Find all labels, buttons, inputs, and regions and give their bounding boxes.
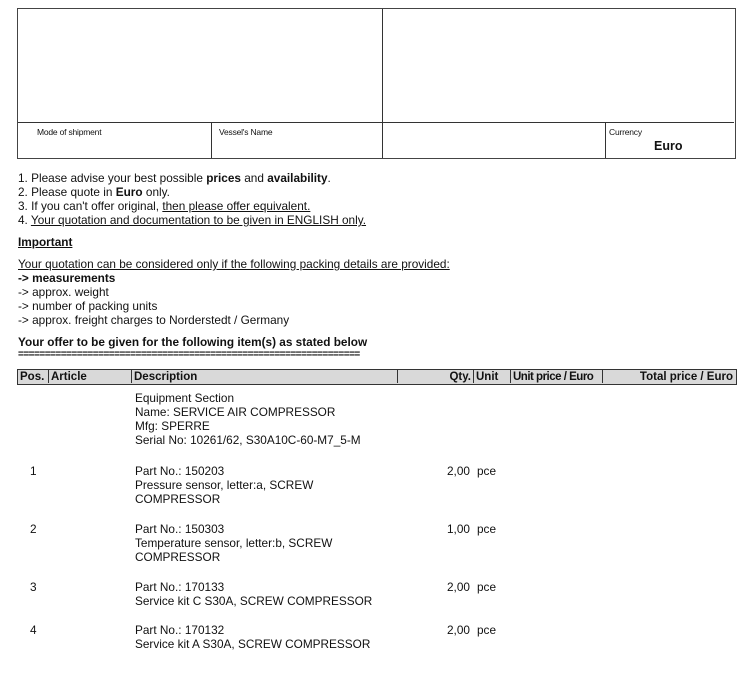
row-description: Pressure sensor, letter:a, SCREW	[135, 478, 313, 492]
divider	[382, 9, 383, 158]
important-heading: Important	[18, 235, 72, 249]
text: Euro	[116, 185, 143, 199]
text: 4.	[18, 213, 31, 227]
row-description: Part No.: 150303	[135, 522, 224, 536]
packing-item: -> approx. freight charges to Nordersted…	[18, 313, 289, 327]
row-description: COMPRESSOR	[135, 492, 220, 506]
text: availability	[267, 171, 327, 185]
row-pos: 1	[30, 464, 37, 478]
text: Mfg: SPERRE	[135, 419, 210, 433]
row-description: Service kit A S30A, SCREW COMPRESSOR	[135, 637, 370, 651]
vessel-name-label: Vessel's Name	[219, 127, 272, 137]
divider	[211, 122, 212, 158]
row-pos: 4	[30, 623, 37, 637]
row-pos: 2	[30, 522, 37, 536]
row-qty: 2,00	[447, 623, 470, 637]
table-header: Pos. Article Description Qty. Unit Unit …	[17, 369, 737, 385]
col-description: Description	[132, 370, 398, 383]
packing-item: -> measurements	[18, 271, 115, 285]
packing-intro: Your quotation can be considered only if…	[18, 257, 450, 271]
row-unit: pce	[477, 623, 496, 637]
col-unit-price: Unit price / Euro	[511, 370, 603, 383]
text: Name: SERVICE AIR COMPRESSOR	[135, 405, 335, 419]
row-description: COMPRESSOR	[135, 550, 220, 564]
text: Serial No: 10261/62, S30A10C-60-M7_5-M	[135, 433, 361, 447]
instruction-2: 2. Please quote in Euro only.	[18, 185, 170, 199]
row-description: Part No.: 170132	[135, 623, 224, 637]
row-description: Temperature sensor, letter:b, SCREW	[135, 536, 332, 550]
col-qty: Qty.	[398, 370, 474, 383]
text: .	[328, 171, 331, 185]
col-article: Article	[49, 370, 132, 383]
text: 3. If you can't offer original,	[18, 199, 162, 213]
text: and	[241, 171, 267, 185]
text: then please offer equivalent.	[162, 199, 310, 213]
row-qty: 2,00	[447, 580, 470, 594]
row-unit: pce	[477, 464, 496, 478]
col-pos: Pos.	[18, 370, 49, 383]
offer-heading: Your offer to be given for the following…	[18, 335, 367, 349]
row-description: Part No.: 150203	[135, 464, 224, 478]
row-description: Part No.: 170133	[135, 580, 224, 594]
divider	[18, 122, 734, 123]
row-unit: pce	[477, 580, 496, 594]
row-qty: 1,00	[447, 522, 470, 536]
currency-label: Currency	[609, 127, 642, 137]
text: Your quotation and documentation to be g…	[31, 213, 366, 227]
divider	[605, 122, 606, 158]
row-qty: 2,00	[447, 464, 470, 478]
row-unit: pce	[477, 522, 496, 536]
instruction-3: 3. If you can't offer original, then ple…	[18, 199, 310, 213]
text: only.	[143, 185, 170, 199]
instruction-4: 4. Your quotation and documentation to b…	[18, 213, 366, 227]
col-unit: Unit	[474, 370, 511, 383]
text: 1. Please advise your best possible	[18, 171, 206, 185]
text: Equipment Section	[135, 391, 234, 405]
row-description: Service kit C S30A, SCREW COMPRESSOR	[135, 594, 372, 608]
currency-value: Euro	[654, 139, 682, 153]
packing-item: -> number of packing units	[18, 299, 157, 313]
separator-line: ========================================…	[18, 351, 360, 359]
text: 2. Please quote in	[18, 185, 116, 199]
row-pos: 3	[30, 580, 37, 594]
instruction-1: 1. Please advise your best possible pric…	[18, 171, 331, 185]
packing-item: -> approx. weight	[18, 285, 109, 299]
mode-of-shipment-label: Mode of shipment	[37, 127, 101, 137]
col-total-price: Total price / Euro	[603, 370, 735, 383]
text: prices	[206, 171, 241, 185]
